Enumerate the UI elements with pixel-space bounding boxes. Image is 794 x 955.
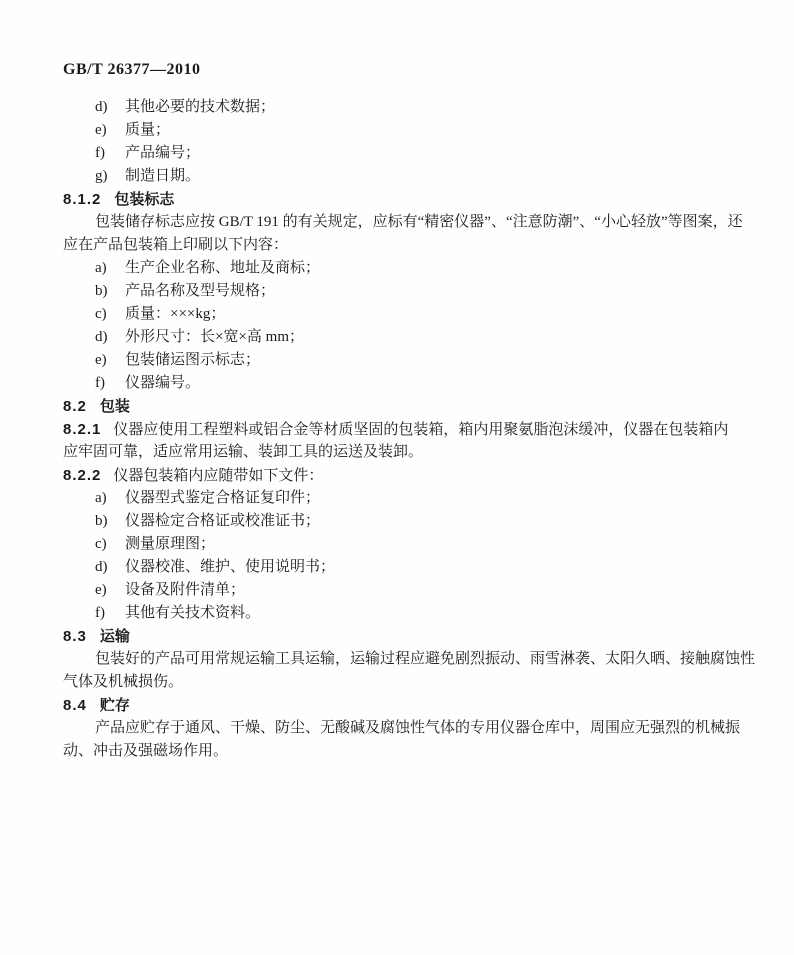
list-item-label: c) — [95, 533, 125, 556]
list-item: f)产品编号； — [63, 142, 763, 165]
list-item-label: c) — [95, 303, 125, 326]
list-item-label: f) — [95, 372, 125, 395]
document-content: d)其他必要的技术数据； e)质量； f)产品编号； g)制造日期。 8.1.2… — [63, 96, 763, 763]
standard-number-header: GB/T 26377—2010 — [63, 61, 200, 79]
list-item-text: 质量：×××kg； — [125, 306, 225, 322]
paragraph-line: 应在产品包装箱上印刷以下内容： — [63, 234, 763, 257]
list-item: f)仪器编号。 — [63, 372, 763, 395]
list-item-label: d) — [95, 326, 125, 349]
list-item-text: 包装储运图示标志； — [125, 352, 260, 368]
list-item-label: b) — [95, 280, 125, 303]
section-number: 8.1.2 — [63, 191, 101, 208]
list-item-label: g) — [95, 165, 125, 188]
list-item: e)包装储运图示标志； — [63, 349, 763, 372]
section-heading: 8.2包装 — [63, 395, 763, 418]
list-item-text: 制造日期。 — [125, 168, 200, 184]
clause-text: 仪器包装箱内应随带如下文件： — [113, 468, 323, 484]
paragraph-line: 包装好的产品可用常规运输工具运输，运输过程应避免剧烈振动、雨雪淋袭、太阳久晒、接… — [63, 648, 763, 671]
clause-line: 8.2.1仪器应使用工程塑料或铝合金等材质坚固的包装箱，箱内用聚氨脂泡沫缓冲，仪… — [63, 418, 763, 441]
list-item: d)其他必要的技术数据； — [63, 96, 763, 119]
document-page: GB/T 26377—2010 d)其他必要的技术数据； e)质量； f)产品编… — [0, 0, 794, 955]
list-item: b)产品名称及型号规格； — [63, 280, 763, 303]
list-item-text: 产品名称及型号规格； — [125, 283, 275, 299]
clause-number: 8.2.2 — [63, 467, 101, 484]
clause-line: 应牢固可靠，适应常用运输、装卸工具的运送及装卸。 — [63, 441, 763, 464]
list-item-text: 产品编号； — [125, 145, 200, 161]
list-item: a)仪器型式鉴定合格证复印件； — [63, 487, 763, 510]
list-item-text: 质量； — [125, 122, 170, 138]
paragraph-line: 包装储存标志应按 GB/T 191 的有关规定，应标有“精密仪器”、“注意防潮”… — [63, 211, 763, 234]
list-item: d)外形尺寸：长×宽×高 mm； — [63, 326, 763, 349]
list-item-label: d) — [95, 556, 125, 579]
section-title: 包装 — [100, 398, 130, 415]
clause-text: 仪器应使用工程塑料或铝合金等材质坚固的包装箱，箱内用聚氨脂泡沫缓冲，仪器在包装箱… — [113, 422, 728, 438]
list-item-text: 外形尺寸：长×宽×高 mm； — [125, 329, 304, 345]
list-item: e)设备及附件清单； — [63, 579, 763, 602]
list-item-label: e) — [95, 579, 125, 602]
list-item-text: 仪器型式鉴定合格证复印件； — [125, 490, 320, 506]
section-title: 运输 — [100, 628, 130, 645]
list-item-text: 设备及附件清单； — [125, 582, 245, 598]
paragraph-line: 产品应贮存于通风、干燥、防尘、无酸碱及腐蚀性气体的专用仪器仓库中，周围应无强烈的… — [63, 717, 763, 740]
list-item-label: b) — [95, 510, 125, 533]
list-item: d)仪器校准、维护、使用说明书； — [63, 556, 763, 579]
list-item-text: 生产企业名称、地址及商标； — [125, 260, 320, 276]
list-item: f)其他有关技术资料。 — [63, 602, 763, 625]
list-item: e)质量； — [63, 119, 763, 142]
clause-line: 8.2.2仪器包装箱内应随带如下文件： — [63, 464, 763, 487]
list-item: b)仪器检定合格证或校准证书； — [63, 510, 763, 533]
list-item-label: e) — [95, 349, 125, 372]
clause-number: 8.2.1 — [63, 421, 101, 438]
list-item-text: 仪器校准、维护、使用说明书； — [125, 559, 335, 575]
section-title: 贮存 — [100, 697, 130, 714]
list-item-label: d) — [95, 96, 125, 119]
list-item-label: a) — [95, 487, 125, 510]
list-item-text: 其他必要的技术数据； — [125, 99, 275, 115]
paragraph-line: 动、冲击及强磁场作用。 — [63, 740, 763, 763]
section-number: 8.2 — [63, 398, 87, 415]
list-item-text: 仪器编号。 — [125, 375, 200, 391]
section-title: 包装标志 — [114, 191, 174, 208]
section-heading: 8.1.2包装标志 — [63, 188, 763, 211]
list-item-label: a) — [95, 257, 125, 280]
section-number: 8.3 — [63, 628, 87, 645]
list-item: c)测量原理图； — [63, 533, 763, 556]
list-item: c)质量：×××kg； — [63, 303, 763, 326]
section-number: 8.4 — [63, 697, 87, 714]
paragraph-line: 气体及机械损伤。 — [63, 671, 763, 694]
list-item-label: e) — [95, 119, 125, 142]
list-item-label: f) — [95, 602, 125, 625]
list-item: g)制造日期。 — [63, 165, 763, 188]
list-item: a)生产企业名称、地址及商标； — [63, 257, 763, 280]
list-item-text: 其他有关技术资料。 — [125, 605, 260, 621]
list-item-label: f) — [95, 142, 125, 165]
section-heading: 8.4贮存 — [63, 694, 763, 717]
section-heading: 8.3运输 — [63, 625, 763, 648]
list-item-text: 仪器检定合格证或校准证书； — [125, 513, 320, 529]
list-item-text: 测量原理图； — [125, 536, 215, 552]
